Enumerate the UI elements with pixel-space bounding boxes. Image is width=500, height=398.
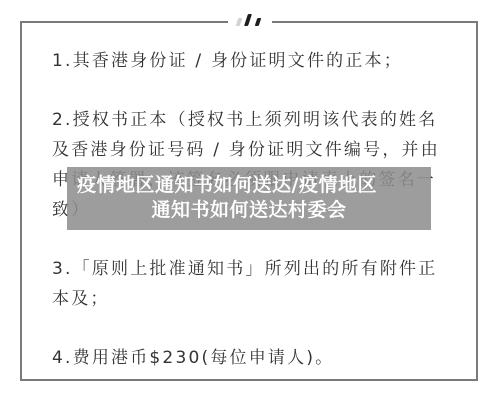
requirement-item-4: 4.费用港币$230(每位申请人)。 — [52, 343, 452, 373]
document-page: 1.其香港身份证 / 身份证明文件的正本； 2.授权书正本（授权书上须列明该代表… — [0, 0, 500, 398]
ornament-mark-dark — [244, 14, 252, 26]
slash-ornament-icon — [228, 11, 272, 31]
ornament-mark-light — [236, 18, 243, 26]
overlay-title-line-2: 通知书如何送达村委会 — [67, 198, 431, 223]
requirement-item-3: 3.「原则上批准通知书」所列出的所有附件正本及； — [52, 254, 452, 314]
overlay-title-line-1: 疫情地区通知书如何送达/疫情地区 — [67, 173, 431, 198]
requirement-item-1: 1.其香港身份证 / 身份证明文件的正本； — [52, 46, 452, 76]
ornament-mark-dark-small — [255, 18, 262, 26]
title-overlay-banner: 疫情地区通知书如何送达/疫情地区 通知书如何送达村委会 — [67, 167, 431, 230]
